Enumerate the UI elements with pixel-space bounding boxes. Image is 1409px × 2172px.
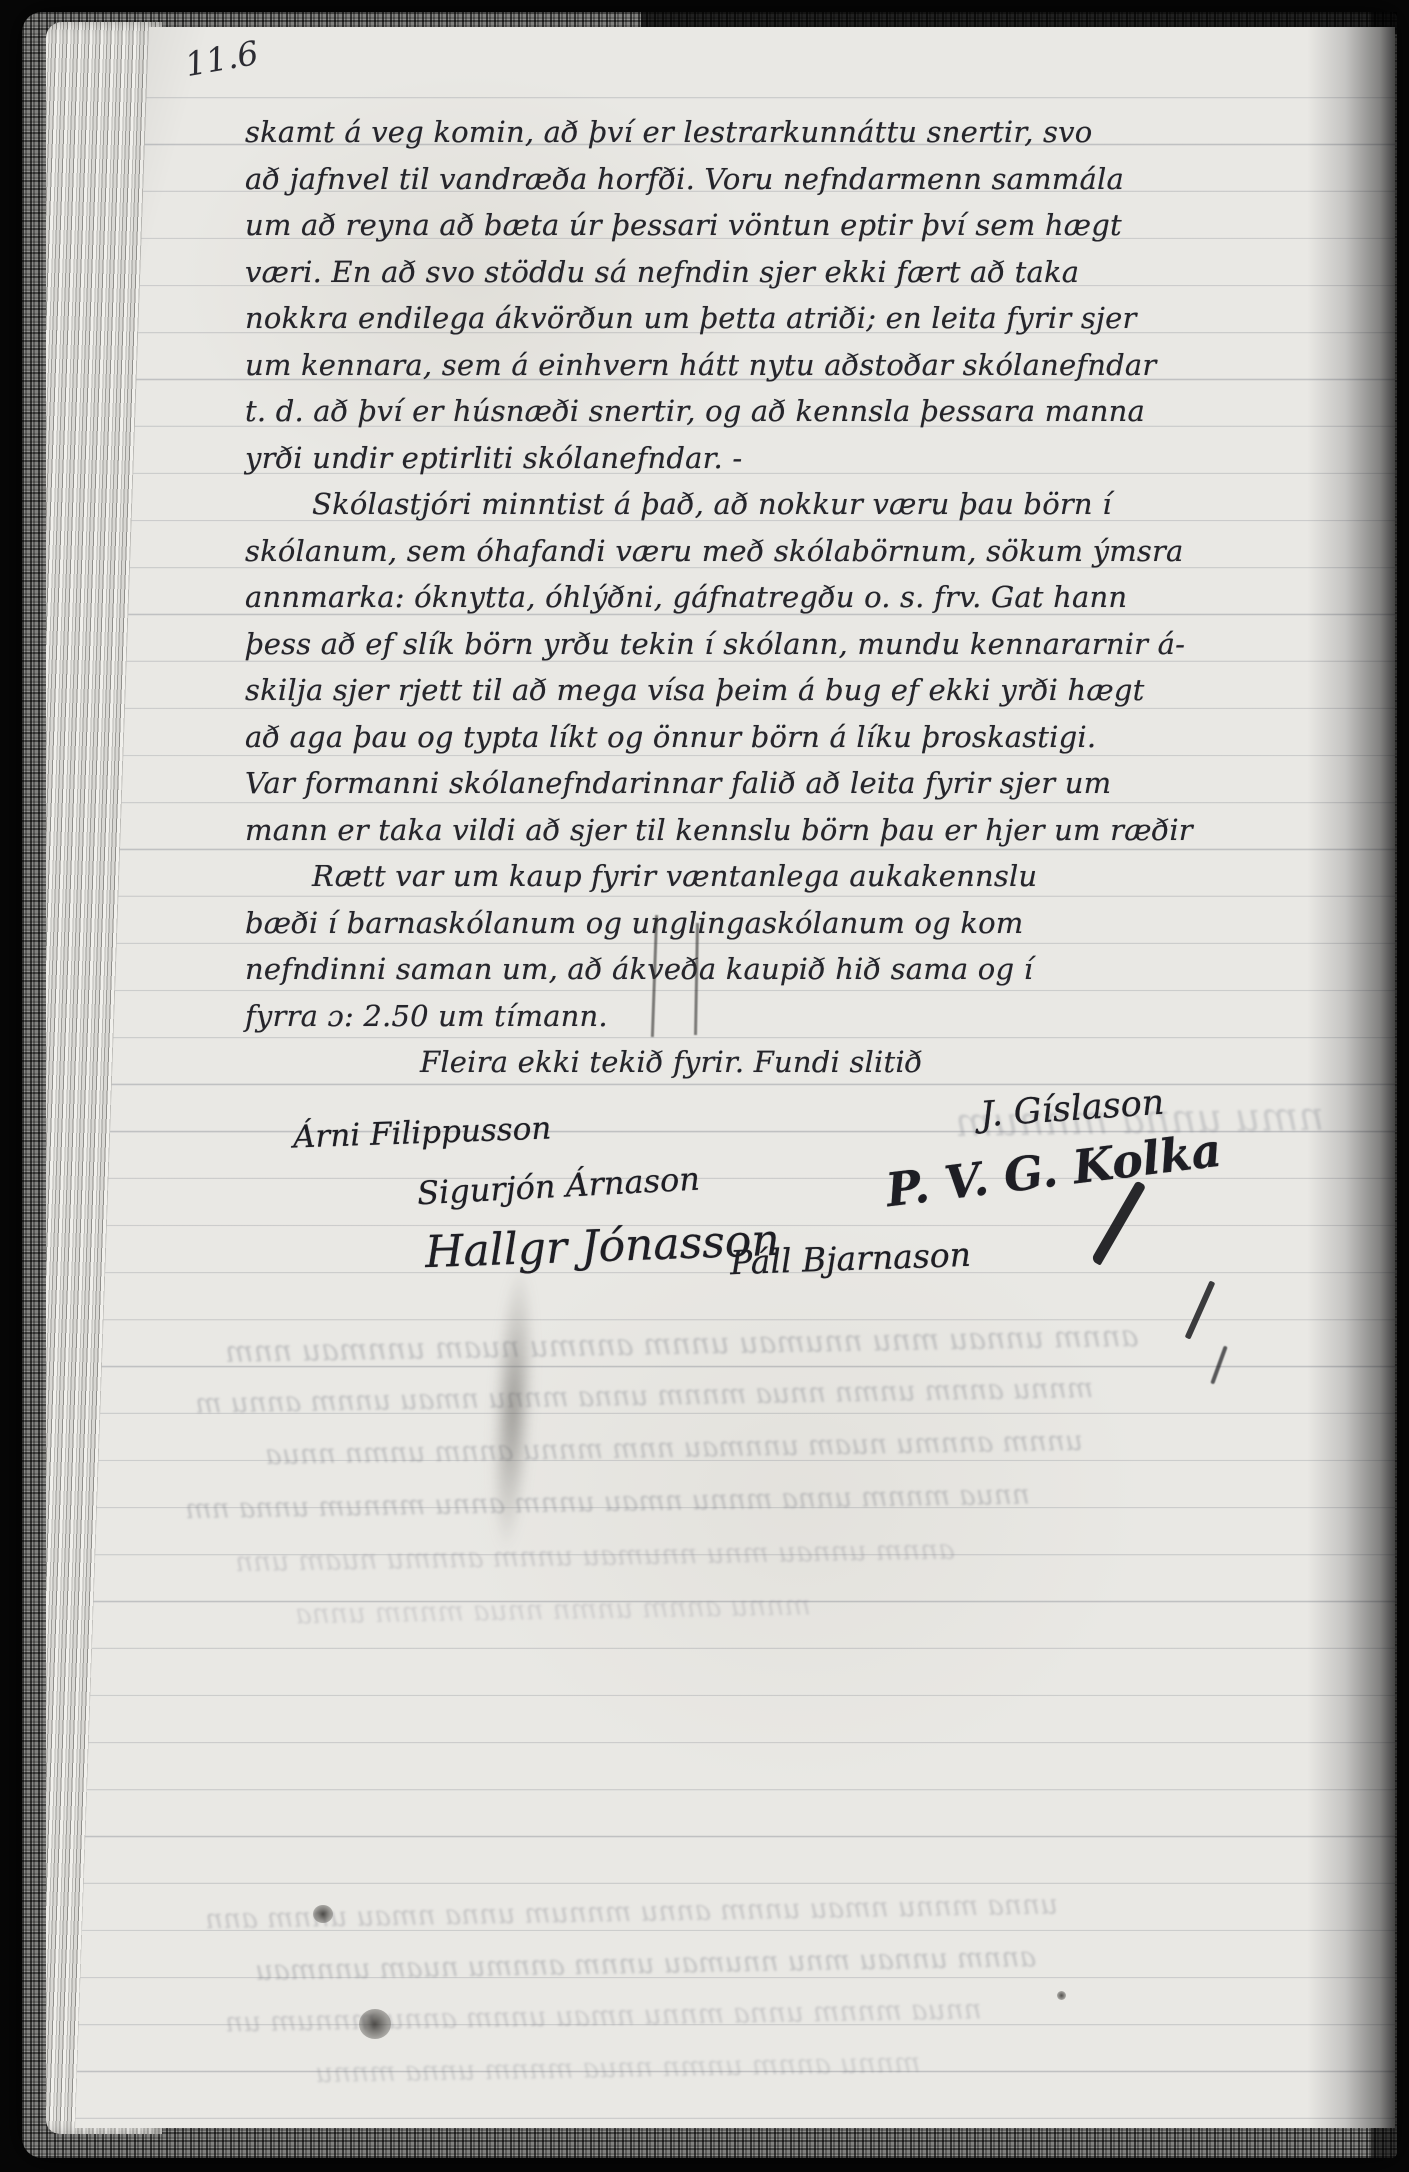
bleedthrough-line: mnnu annm unmn nnua mnnm unna bbox=[295, 1589, 811, 1631]
handwritten-line: annmarka: óknytta, óhlýðni, gáfnatregðu … bbox=[245, 580, 1127, 620]
bleedthrough-line: annm unnau mnu nnumau unnm annmu nuam un… bbox=[225, 1319, 1139, 1370]
handwritten-line: að jafnvel til vandræða horfði. Voru nef… bbox=[245, 162, 1124, 202]
ink-mark bbox=[1210, 1346, 1227, 1385]
bleedthrough-line: nnua mnnm unna mnnu nmau unnm annu mnnum… bbox=[185, 1478, 1030, 1526]
bleedthrough-line: mnnu annm unmn nnua mnnm unna mnnu bbox=[315, 2046, 921, 2090]
page-number: 11.6 bbox=[182, 33, 261, 84]
handwritten-line: þess að ef slík börn yrðu tekin í skólan… bbox=[245, 627, 1185, 667]
thick-pen-stroke bbox=[1091, 1180, 1147, 1265]
bleedthrough-line: unnm annmu nuam unnmau nnm mnnu annm unm… bbox=[265, 1424, 1083, 1471]
bleedthrough-line: annm unnau mnu nnumau unnm annmu nuam un… bbox=[235, 1533, 955, 1579]
handwritten-line: væri. En að svo stöddu sá nefndin sjer e… bbox=[245, 255, 1079, 295]
handwritten-line: t. d. að því er húsnæði snertir, og að k… bbox=[245, 394, 1145, 434]
ink-spot bbox=[359, 2009, 391, 2039]
signature-sigurjon-arnason: Sigurjón Árnason bbox=[416, 1160, 701, 1213]
handwritten-line: bæði í barnaskólanum og unglingaskólanum… bbox=[245, 906, 1023, 946]
handwritten-line: mann er taka vildi að sjer til kennslu b… bbox=[245, 813, 1193, 853]
handwritten-line: skilja sjer rjett til að mega vísa þeim … bbox=[245, 673, 1144, 713]
bleedthrough-line: nnua mnnm unna mnnu nmau unnm annu mnnum… bbox=[225, 1992, 982, 2038]
handwritten-line: nokkra endilega ákvörðun um þetta atriði… bbox=[245, 301, 1137, 341]
handwritten-line: Var formanni skólanefndarinnar falið að … bbox=[245, 766, 1111, 806]
signature-pall-bjarnason: Páll Bjarnason bbox=[729, 1235, 971, 1282]
bleedthrough-line: mnnu annm unmn nnua mnnm unna mnnu nmau … bbox=[195, 1371, 1094, 1420]
ink-spot bbox=[1057, 1991, 1066, 2000]
handwritten-line: yrði undir eptirliti skólanefndar. - bbox=[245, 441, 742, 481]
handwritten-line: um kennara, sem á einhvern hátt nytu aðs… bbox=[245, 348, 1156, 388]
handwritten-line: skamt á veg komin, að því er lestrarkunn… bbox=[245, 115, 1092, 155]
handwritten-line: að aga þau og typta líkt og önnur börn á… bbox=[245, 720, 1096, 760]
handwritten-line: skólanum, sem óhafandi væru með skólabör… bbox=[245, 534, 1184, 574]
handwritten-line: nefndinni saman um, að ákveða kaupið hið… bbox=[245, 952, 1033, 992]
signature-hallgr-jonasson: Hallgr Jónasson bbox=[424, 1215, 780, 1278]
ledger-page: nmu unna mnnumannm unnau mnu nnumau unnm… bbox=[75, 27, 1395, 2128]
handwritten-line: Fleira ekki tekið fyrir. Fundi slitið bbox=[420, 1045, 922, 1085]
handwritten-line: Skólastjóri minntist á það, að nokkur væ… bbox=[312, 487, 1112, 527]
signature-arni-filippusson: Árni Filippusson bbox=[292, 1111, 551, 1156]
bleedthrough-line: annm unnau mnu nnumau unnm annmu nuam un… bbox=[255, 1940, 1037, 1987]
ink-mark bbox=[1185, 1280, 1216, 1339]
handwritten-line: um að reyna að bæta úr þessari vöntun ep… bbox=[245, 208, 1122, 248]
ink-spot bbox=[313, 1905, 333, 1923]
handwritten-line: fyrra ɔ: 2.50 um tímann. bbox=[245, 999, 608, 1039]
handwritten-line: Rætt var um kaup fyrir væntanlega aukake… bbox=[312, 859, 1037, 899]
